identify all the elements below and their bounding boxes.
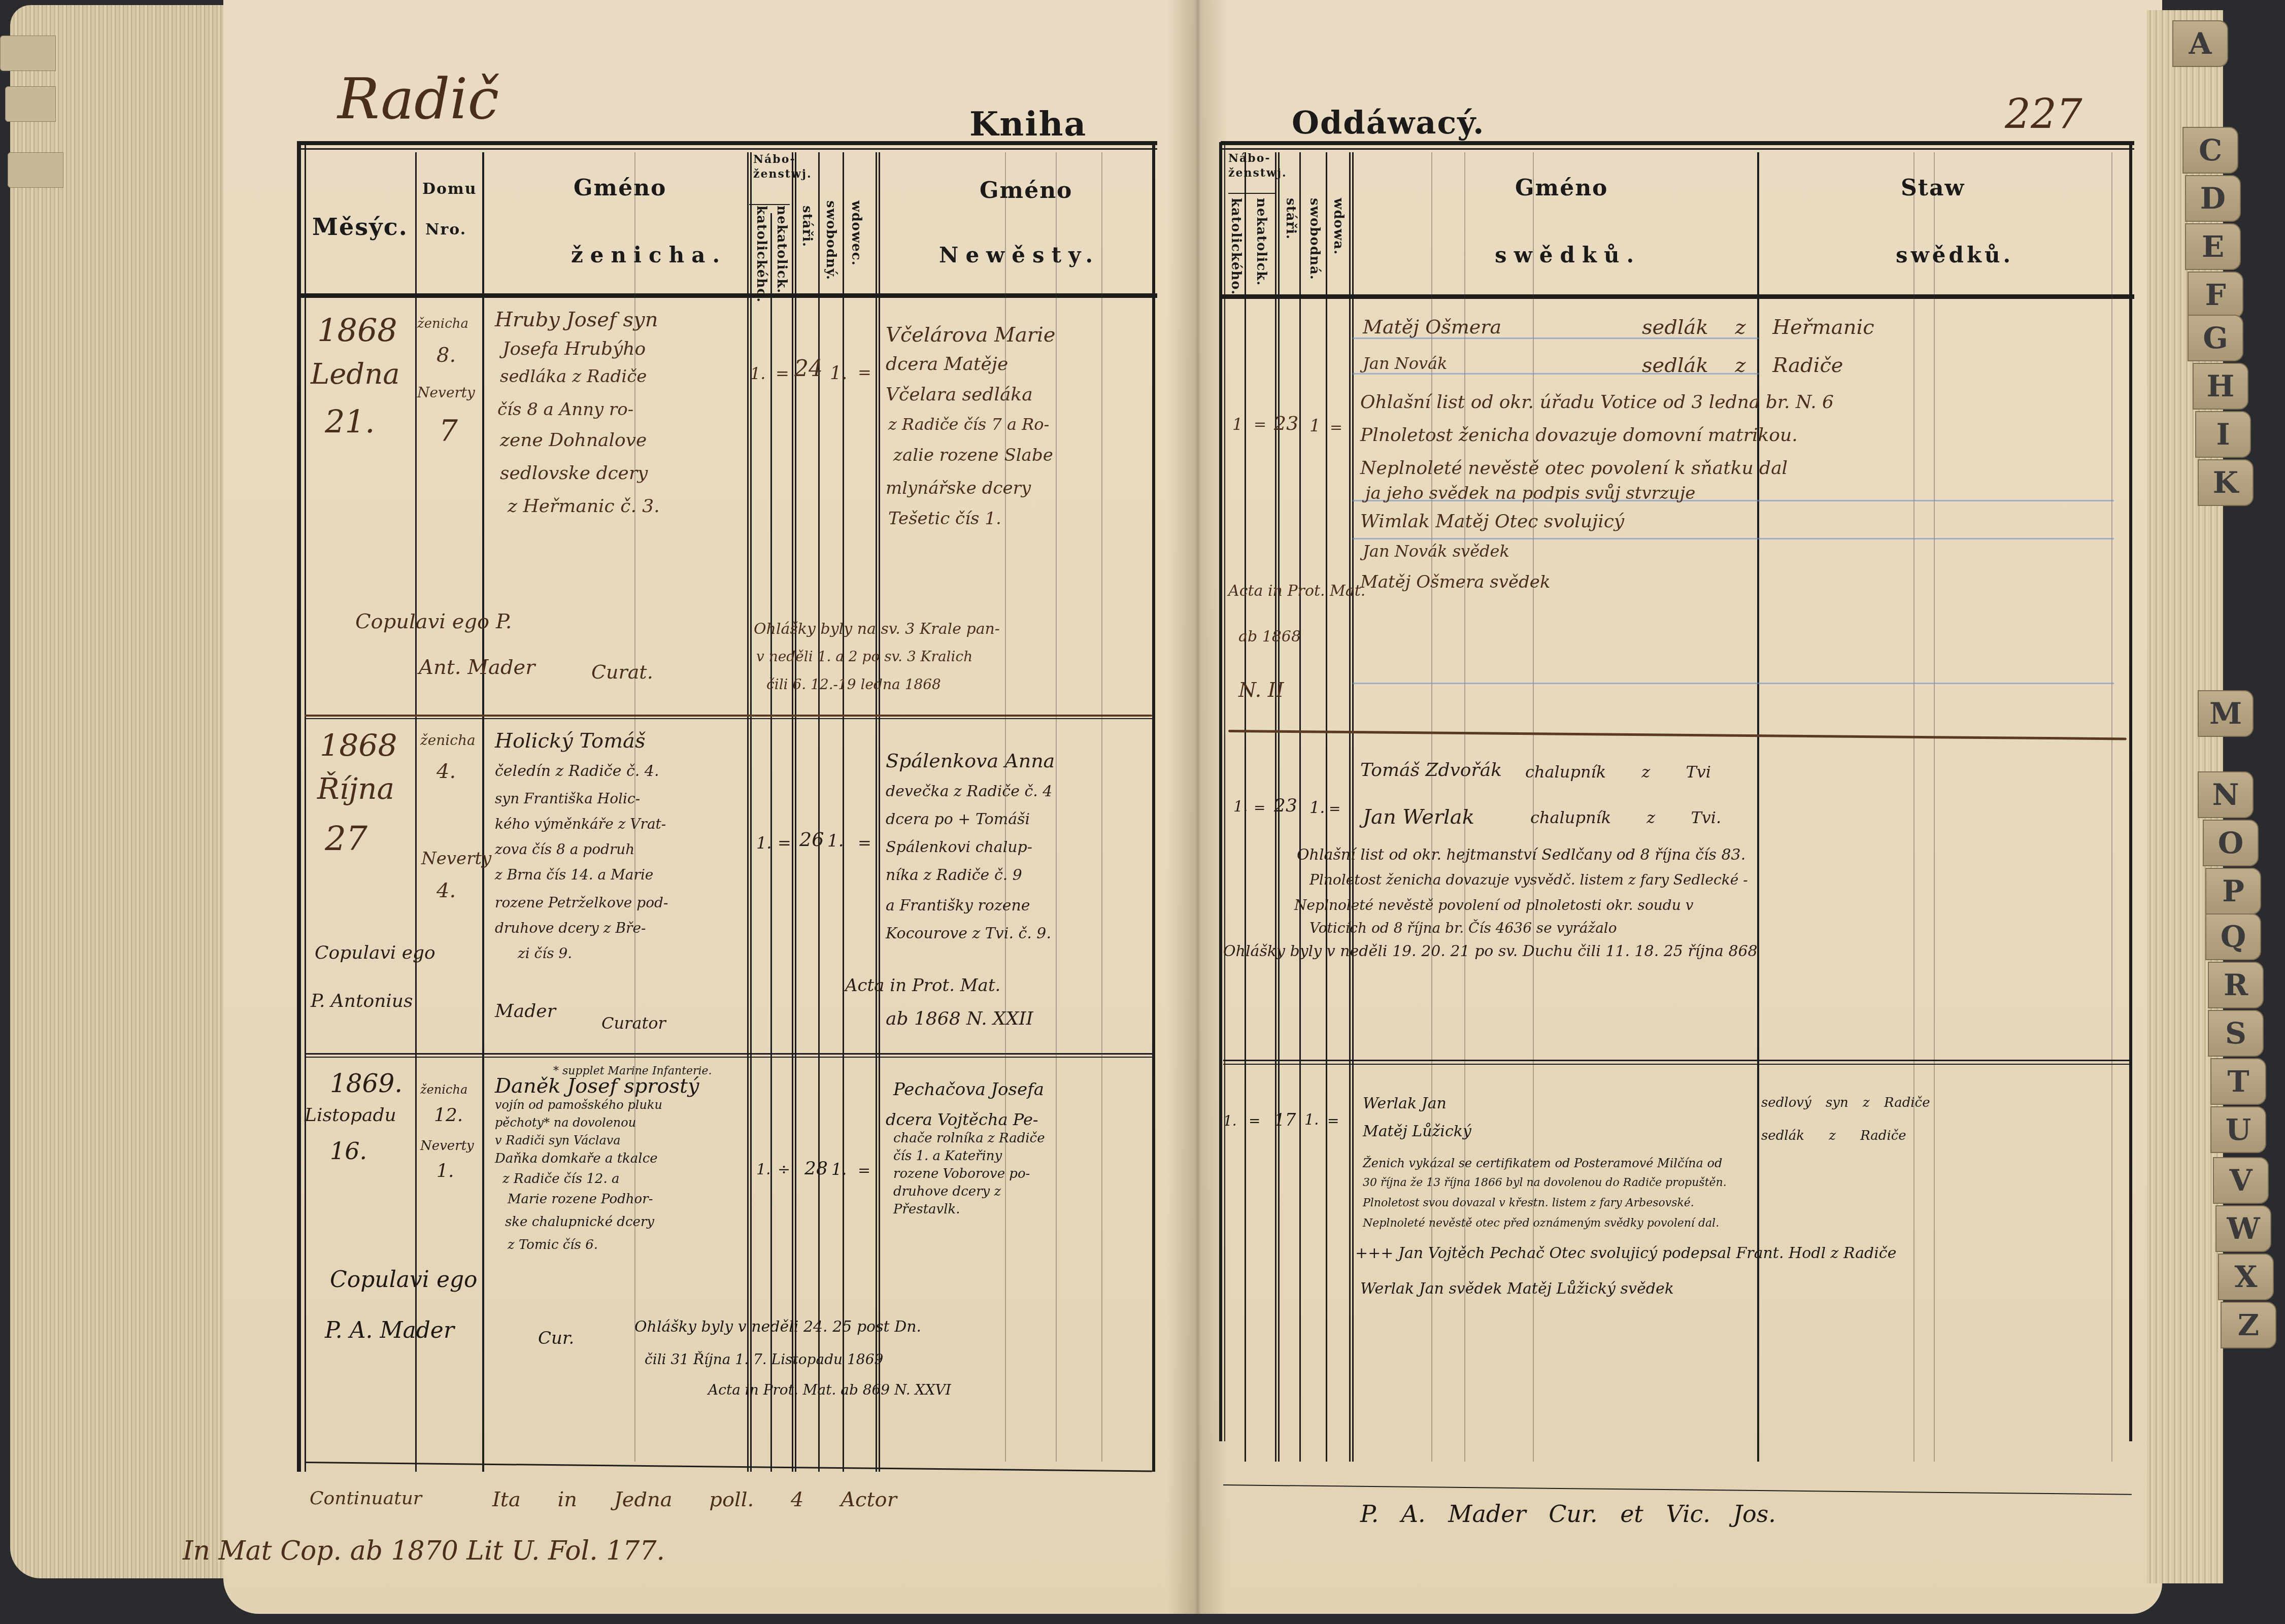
header-witness-name-bottom: swědků. [1495,243,1641,267]
col-divider [876,152,877,1472]
religion-catholic: 1. [1223,1114,1237,1128]
guide-line [1056,152,1057,1462]
religion-sep: = [778,835,791,851]
widow-status: = [1330,420,1342,435]
banns-line: v neděli 1. a 2 po sv. 3 Kralich [756,650,972,664]
groom-line: sedláka z Radiče [500,368,647,385]
bride-house-number: 1. [436,1162,454,1180]
index-tab-z[interactable]: Z [2221,1302,2276,1348]
curate-signature: P. A. Mader Cur. et Vic. Jos. [1360,1502,1776,1526]
officiant-line: Ant. Mader [419,657,535,678]
banns-line: Ohlášky byly v neděli 24. 25 post Dn. [634,1319,921,1335]
note-line: Voticích od 8 října br. Čís 4636 se vyrá… [1309,921,1617,935]
officiant-line: Curator [601,1015,666,1031]
groom-house-number: 12. [434,1106,463,1125]
officiant-line: Copulavi ego [315,944,435,962]
note-line: Plnoletost svou dovazal v křestn. listem… [1363,1198,1694,1209]
bride-line: rozene Voborove po- [893,1167,1030,1180]
note-line: Ohlašní list od okr. hejtmanství Sedlčan… [1297,848,1745,863]
header-catholic: katolického. [754,206,769,292]
bride-line: Včelárova Marie [886,325,1055,345]
col-divider [818,152,820,1472]
acta-reference: ab 1868 [1238,629,1301,645]
single-status: 1. [830,364,847,383]
acta-reference: Acta in Prot. Mat. [845,977,1000,994]
groom-line: Daněk Josef sprostý [495,1076,699,1096]
bride-line: Spálenkovi chalup- [886,840,1032,855]
officiant-line: Copulavi ego P. [355,612,512,632]
entry-month: Října [317,774,394,803]
index-tab-q[interactable]: Q [2205,913,2261,960]
widow-status: = [1329,802,1340,816]
religion-catholic: 1. [750,365,766,382]
torn-tab-stub [5,86,56,122]
acta-reference: ab 1868 N. XXII [886,1010,1033,1028]
col-divider [1349,152,1351,1462]
entry-year: 1869. [330,1071,402,1096]
bride-line: dcera Matěje [886,355,1008,374]
note-line: 30 října že 13 října 1866 byl na dovolen… [1363,1177,1727,1189]
col-divider [747,152,749,1472]
row-separator [305,718,1152,719]
table-left-border-thin [1224,142,1225,1441]
torn-tab-stub [8,152,63,188]
religion-catholic: 1. [756,835,772,851]
groom-house-number: 8. [436,345,456,365]
widower-status: = [858,1163,870,1178]
header-house-bottom: Nro. [425,221,466,239]
ruled-line [1353,538,2114,539]
note-line: Ohlašní list od okr. úřadu Votice od 3 l… [1360,393,1834,412]
groom-line: zi čís 9. [518,946,572,961]
age: 23 [1274,414,1298,433]
groom-line: vojín od pamošského pluku [495,1099,662,1111]
witness-status: sedlák z Heřmanic [1642,317,1874,337]
acta-reference: Acta in Prot. Mat. [1228,584,1365,599]
title-right: Oddáwacý. [1292,104,1485,141]
religion-subhead-rule [749,204,790,205]
row-separator [1223,1064,2132,1065]
widower-status: = [858,364,871,381]
left-page [223,0,1198,1614]
note-line: Werlak Jan svědek Matěj Lůžický svědek [1360,1281,1674,1297]
index-tab-s[interactable]: S [2208,1010,2264,1057]
table-right-border [1152,142,1155,1472]
note-line: Neplnoleté nevěstě otec před oznámeným s… [1363,1218,1719,1229]
index-tab-r[interactable]: R [2208,962,2264,1008]
index-tab-i[interactable]: I [2195,411,2251,458]
index-tab-d[interactable]: D [2185,175,2241,222]
banns-line: čili 6. 12.-19 ledna 1868 [766,678,941,692]
ruled-line [1353,683,2114,684]
header-single: swobodný. [823,200,838,292]
bride-line: čís 1. a Kateřiny [893,1149,1002,1163]
note-line: Ohlášky byly v neděli 19. 20. 21 po sv. … [1223,944,1758,959]
header-age: stáři. [1283,198,1298,292]
note-line: ja jeho svědek na podpis svůj stvrzuje [1365,485,1695,502]
bride-line: Spálenkova Anna [886,751,1055,770]
acta-reference: N. II [1238,680,1284,700]
bride-line: druhove dcery z [893,1185,1001,1198]
banns-line: Ohlášky byly na sv. 3 Krale pan- [754,622,1000,637]
witness-status: chalupník z Tvi. [1530,809,1721,826]
groom-line: zene Dohnalove [500,431,647,450]
note-line: Wimlak Matěj Otec svolujicý [1360,513,1624,531]
groom-line: zova čís 8 a podruh [495,842,634,857]
index-tab-v[interactable]: V [2213,1157,2269,1204]
entry-year: 1868 [320,731,397,761]
religion-sep: = [1254,417,1266,432]
col-divider [1326,152,1327,1462]
banns-line: čili 31 Října 1. 7. Listopadu 1869 [645,1352,883,1367]
index-tab-t[interactable]: T [2210,1058,2266,1105]
note-line: Neplnoleté nevěstě otec povolení k sňatk… [1360,459,1788,478]
bride-house-number: 7 [439,416,458,446]
single-status: 1. [827,832,844,850]
entry-day: 16. [330,1139,367,1163]
bride-line: mlynářske dcery [886,480,1031,497]
header-noncatholic: nekatolick. [774,206,789,292]
guide-line [634,152,635,1462]
widow-status: = [1327,1114,1339,1128]
groom-house-label: ženicha [417,317,468,330]
witness-name: Jan Novák [1363,355,1448,371]
index-tab-c[interactable]: C [2182,127,2238,174]
header-witness-status-bottom: swědků. [1896,243,2013,267]
guide-line [1005,152,1006,1462]
col-divider [879,152,880,1472]
place-heading: Radič [338,71,499,127]
ita-note: Ita in Jedna poll. 4 Actor [492,1490,897,1510]
religion-subhead-rule [1228,193,1275,194]
religion-catholic: 1. [1233,799,1248,815]
bride-line: Přestavlk. [893,1203,960,1216]
age: 28 [804,1160,828,1178]
col-divider [1757,152,1759,1462]
continuatur-note: Continuatur [310,1490,422,1508]
single-status: 1 [1309,417,1321,434]
groom-line: z Radiče čís 12. a [502,1172,619,1186]
religion-sep: = [1249,1114,1260,1128]
index-tab-n[interactable]: N [2198,771,2254,818]
index-tab-h[interactable]: H [2193,363,2248,410]
note-line: Plnoletost ženicha dovazuje domovní matr… [1360,426,1798,445]
header-noncatholic: nekatolick. [1254,198,1269,292]
groom-line: z Tomic čís 6. [508,1238,598,1251]
guide-line [1913,152,1914,1462]
row-separator [305,715,1152,717]
groom-line: Marie rozene Podhor- [508,1193,653,1206]
col-divider [482,152,484,1472]
header-catholic: katolického. [1228,198,1244,292]
table-top-rule [297,141,1157,145]
groom-line: druhove dcery z Bře- [495,921,646,935]
note-line: +++ Jan Vojtěch Pechač Otec svolujicý po… [1355,1246,1896,1261]
witness-name: Jan Werlak [1363,807,1474,827]
col-divider [843,152,844,1472]
bride-house-number: 4. [436,881,456,901]
entry-day: 21. [325,406,375,437]
header-groom-bottom: ženicha. [571,243,727,267]
col-divider [1352,152,1354,1462]
header-bride-bottom: Newěsty. [939,243,1100,267]
religion-sep: ÷ [778,1162,790,1177]
header-widower: wdowec. [849,200,864,292]
banns-line: Acta in Prot. Mat. ab 869 N. XXVI [708,1383,951,1397]
officiant-line: Mader [495,1002,556,1021]
single-status: 1. [831,1161,847,1177]
bride-line: dcera po + Tomáši [886,812,1030,827]
bride-line: z Radiče čís 7 a Ro- [888,416,1049,432]
age: 17 [1274,1111,1296,1129]
officiant-line: Curat. [591,662,653,682]
groom-line: z Heřmanic č. 3. [508,497,660,516]
entry-year: 1868 [317,315,397,346]
groom-line: Holický Tomáš [495,731,645,751]
groom-line: Josefa Hrubýho [502,340,646,358]
header-age: stáři. [799,206,815,292]
page-number: 227 [2005,94,2082,134]
table-top-rule-thin [1221,148,2134,150]
groom-line: pěchoty* na dovolenou [495,1116,636,1129]
bride-line: devečka z Radiče č. 4 [886,784,1052,799]
title-left: Kniha [969,104,1087,144]
witness-status: sedlový syn z Radiče [1761,1096,1930,1109]
index-tab-m[interactable]: M [2198,690,2254,737]
groom-line: z Brna čís 14. a Marie [495,868,653,882]
bride-line: Kocourove z Tvi. č. 9. [886,926,1051,941]
age: 23 [1274,797,1297,815]
guide-line [1101,152,1102,1462]
table-top-rule-thin [297,148,1157,150]
note-line: Plnoletost ženicha dovazuje vysvědč. lis… [1309,873,1748,887]
religion-sep: = [776,365,789,382]
index-tab-g[interactable]: G [2188,315,2243,361]
index-tab-o[interactable]: O [2203,820,2259,866]
header-bride-top: Gméno [980,178,1072,204]
header-witness-status-top: Staw [1901,175,1965,201]
bride-line: Pechačova Josefa [893,1081,1044,1098]
header-house-top: Domu [422,180,477,198]
bride-house-label: Neverty [420,1139,474,1153]
table-left-border [297,142,301,1472]
widower-status: = [858,835,871,851]
header-witness-name-top: Gméno [1515,175,1608,201]
entry-month: Ledna [311,360,400,389]
index-tab-u[interactable]: U [2210,1106,2266,1153]
table-left-border-thin [305,142,306,1472]
religion-sep: = [1254,801,1265,815]
guide-line [1934,152,1935,1462]
row-separator [305,1057,1152,1058]
continuation-reference: In Mat Cop. ab 1870 Lit U. Fol. 177. [183,1538,665,1564]
groom-house-label: ženicha [420,733,476,748]
torn-tab-stub [0,36,56,71]
note-line: Ženich vykázal se certifikatem od Poster… [1363,1157,1722,1169]
age: 26 [799,830,824,849]
index-tab-w[interactable]: W [2215,1205,2271,1252]
guide-line [1533,152,1534,1462]
groom-house-label: ženicha [420,1084,467,1096]
col-divider [750,152,752,1472]
header-bottom-rule [1221,294,2134,299]
index-tab-x[interactable]: X [2218,1254,2274,1300]
entry-month: Listopadu [305,1106,396,1125]
bride-line: zalie rozene Slabe [893,447,1053,464]
row-separator [305,1053,1152,1055]
left-page-stack [10,5,239,1578]
bride-line: Včelara sedláka [886,386,1033,404]
groom-line: Daňka domkaře a tkalce [495,1152,658,1165]
witness-name: Matěj Ošmera [1363,317,1501,336]
groom-line: sedlovske dcery [500,464,648,483]
groom-line: kého výměnkáře z Vrat- [495,817,666,831]
header-religion: Nábo-ženstwj. [1228,151,1274,180]
table-top-rule [1221,141,2134,145]
witness-name: Matěj Lůžický [1363,1124,1471,1139]
index-tab-k[interactable]: K [2198,459,2254,506]
bride-line: Tešetic čís 1. [888,510,1001,527]
guide-line [2111,152,2112,1462]
groom-line: rozene Petrželkove pod- [495,896,668,910]
groom-line: ske chalupnické dcery [505,1215,654,1229]
groom-house-number: 4. [436,761,456,782]
index-tab-p[interactable]: P [2205,868,2261,915]
witness-name: Werlak Jan [1363,1096,1447,1111]
groom-line: v Radiči syn Václava [495,1134,621,1146]
groom-line: syn Františka Holic- [495,792,640,806]
bride-line: chače rolníka z Radiče [893,1132,1045,1145]
header-groom-top: Gméno [574,175,666,201]
bride-line: dcera Vojtěcha Pe- [886,1111,1038,1128]
witness-status: chalupník z Tvi [1525,764,1711,780]
bride-house-label: Neverty [417,386,475,400]
index-tab-f[interactable]: F [2188,272,2243,318]
col-divider [795,152,796,1472]
age: 24 [794,358,823,380]
single-status: 1. [1309,799,1325,816]
col-divider [792,152,793,1472]
religion-catholic: 1 [1232,416,1242,432]
header-bottom-rule [297,293,1157,298]
col-divider [1299,152,1301,1462]
row-separator [1223,1060,2132,1061]
officiant-line: P. A. Mader [325,1319,454,1342]
bride-line: a Františky rozene [886,898,1030,913]
witness-name: Tomáš Zdvořák [1360,761,1502,780]
note-line: Jan Novák svědek [1363,543,1509,559]
index-tab-a[interactable]: A [2172,20,2228,67]
bride-house-label: Neverty [421,850,491,867]
religion-catholic: 1. [756,1162,771,1177]
ledger-book: ACDEFGHIKMNOPQRSTUVWXZ Radič Kniha Oddáw… [0,0,2285,1624]
officiant-line: P. Antonius [311,992,413,1010]
groom-line: čís 8 a Anny ro- [497,401,633,418]
entry-day: 27 [325,822,367,856]
officiant-line: Cur. [538,1330,574,1347]
officiant-line: Copulavi ego [330,1269,478,1291]
note-line: Matěj Ošmera svědek [1360,573,1551,591]
note-line: Neplnoleté nevěstě povolení od plnoletos… [1294,898,1693,912]
table-left-border [1219,142,1222,1441]
table-right-border [2129,142,2132,1441]
witness-status: sedlák z Radiče [1642,355,1843,376]
index-tab-e[interactable]: E [2185,223,2241,270]
header-month: Měsýc. [312,213,408,241]
groom-line: Hruby Josef syn [495,310,658,330]
bride-line: níka z Radiče č. 9 [886,868,1022,883]
header-widow: wdowa. [1331,198,1346,292]
header-religion: Nábo-ženstwj. [753,152,789,181]
single-status: 1. [1304,1112,1319,1128]
header-single: swobodná. [1307,198,1322,292]
witness-status: sedlák z Radiče [1761,1129,1906,1142]
